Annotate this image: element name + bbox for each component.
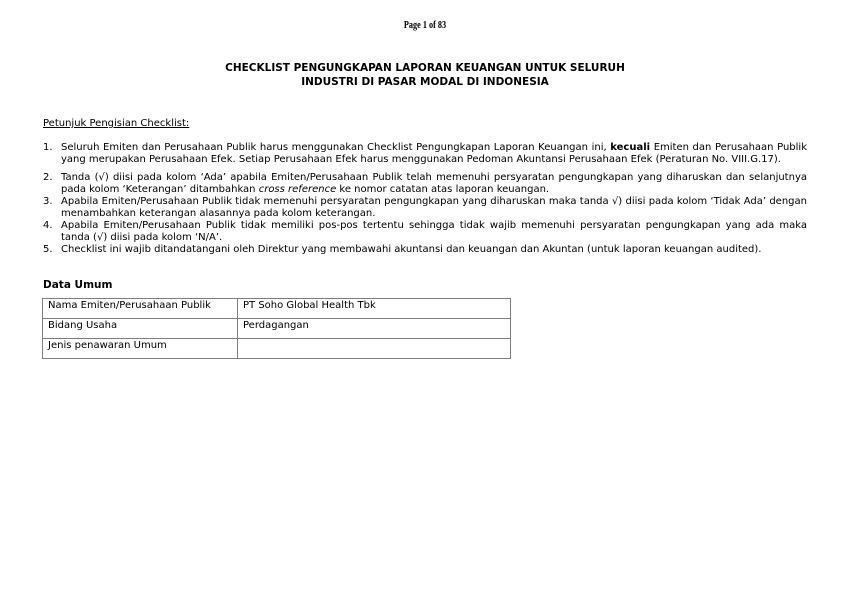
field-value: Perdagangan <box>238 319 511 339</box>
data-umum-heading: Data Umum <box>43 279 112 291</box>
document-title-line-1: CHECKLIST PENGUNGKAPAN LAPORAN KEUANGAN … <box>0 61 842 75</box>
instruction-italic: cross reference <box>259 184 337 195</box>
document-title-line-2: INDUSTRI DI PASAR MODAL DI INDONESIA <box>0 75 842 89</box>
table-row: Bidang Usaha Perdagangan <box>43 319 511 339</box>
instruction-item: 4. Apabila Emiten/Perusahaan Publik tida… <box>43 220 807 244</box>
instructions-list: 1. Seluruh Emiten dan Perusahaan Publik … <box>43 142 807 256</box>
instruction-text: Apabila Emiten/Perusahaan Publik tidak m… <box>61 220 807 243</box>
table-row: Nama Emiten/Perusahaan Publik PT Soho Gl… <box>43 299 511 319</box>
instruction-number: 5. <box>43 244 53 256</box>
instruction-number: 4. <box>43 220 53 232</box>
instruction-text: Seluruh Emiten dan Perusahaan Publik har… <box>61 142 610 153</box>
field-label: Jenis penawaran Umum <box>43 339 238 359</box>
instruction-text: Apabila Emiten/Perusahaan Publik tidak m… <box>61 196 807 219</box>
instruction-number: 3. <box>43 196 53 208</box>
instruction-number: 1. <box>43 142 53 154</box>
instruction-number: 2. <box>43 172 53 184</box>
table-row: Jenis penawaran Umum <box>43 339 511 359</box>
instruction-text: Checklist ini wajib ditandatangani oleh … <box>61 244 761 255</box>
field-label: Bidang Usaha <box>43 319 238 339</box>
instruction-item: 1. Seluruh Emiten dan Perusahaan Publik … <box>43 142 807 166</box>
instruction-item: 5. Checklist ini wajib ditandatangani ol… <box>43 244 807 256</box>
data-umum-table: Nama Emiten/Perusahaan Publik PT Soho Gl… <box>42 298 511 359</box>
field-value: PT Soho Global Health Tbk <box>238 299 511 319</box>
instruction-text: ke nomor catatan atas laporan keuangan. <box>336 184 549 195</box>
field-value <box>238 339 511 359</box>
instruction-item: 2. Tanda (√) diisi pada kolom ‘Ada’ apab… <box>43 172 807 196</box>
instruction-item: 3. Apabila Emiten/Perusahaan Publik tida… <box>43 196 807 220</box>
page-number: Page 1 of 83 <box>77 20 774 31</box>
field-label: Nama Emiten/Perusahaan Publik <box>43 299 238 319</box>
document-title: CHECKLIST PENGUNGKAPAN LAPORAN KEUANGAN … <box>0 61 842 89</box>
instruction-emphasis: kecuali <box>610 142 650 153</box>
instructions-heading: Petunjuk Pengisian Checklist: <box>43 118 189 129</box>
